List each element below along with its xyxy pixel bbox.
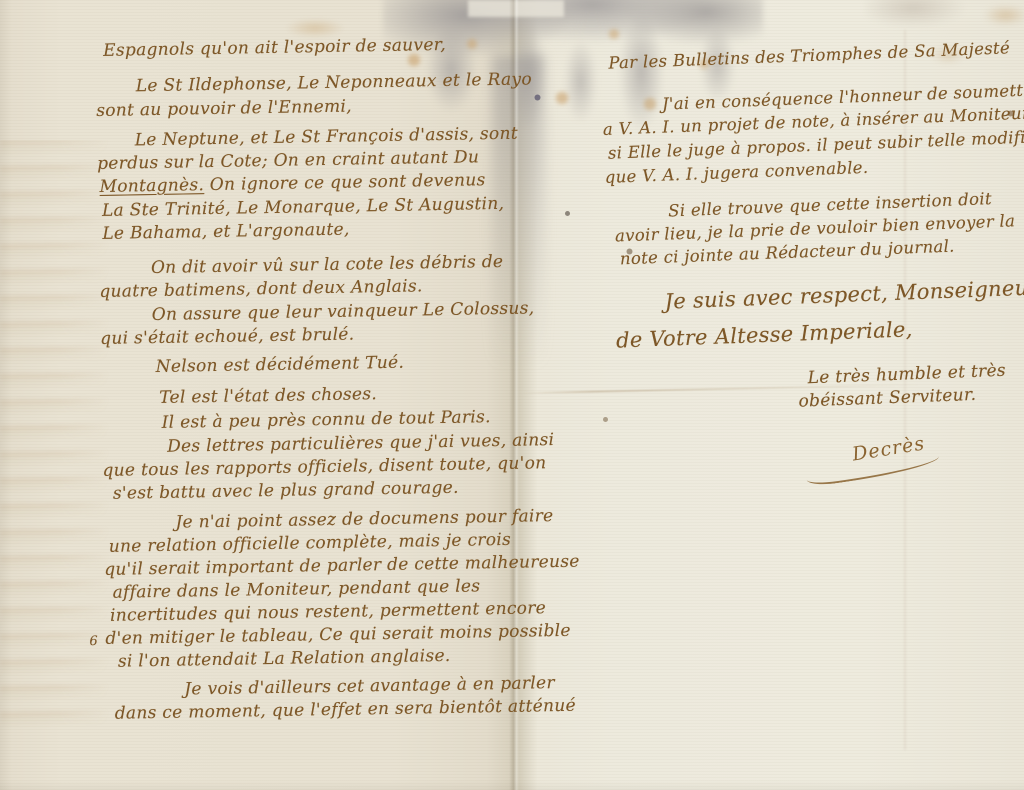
underlined-word: Montagnès.: [99, 175, 204, 197]
left-page-lines: Espagnols qu'on ait l'espoir de sauver,L…: [95, 32, 557, 726]
manuscript-line: dans ce moment, que l'effet en sera bien…: [115, 695, 557, 726]
manuscript-scan: Espagnols qu'on ait l'espoir de sauver,L…: [0, 0, 1024, 790]
right-page-lines: Par les Bulletins des Triomphes de Sa Ma…: [600, 35, 1024, 421]
manuscript-line: Nelson est décidément Tué.: [156, 349, 551, 379]
margin-mark: 6: [89, 630, 98, 653]
manuscript-line: Espagnols qu'on ait l'espoir de sauver,: [103, 32, 545, 63]
ink-specks: [0, 0, 3, 3]
right-page-text: Par les Bulletins des Triomphes de Sa Ma…: [600, 35, 1024, 421]
manuscript-line: de Votre Altesse Imperiale,: [616, 311, 1024, 355]
manuscript-line: Je suis avec respect, Monseigneur,: [664, 274, 1024, 316]
left-page-text: Espagnols qu'on ait l'espoir de sauver,L…: [95, 32, 557, 726]
